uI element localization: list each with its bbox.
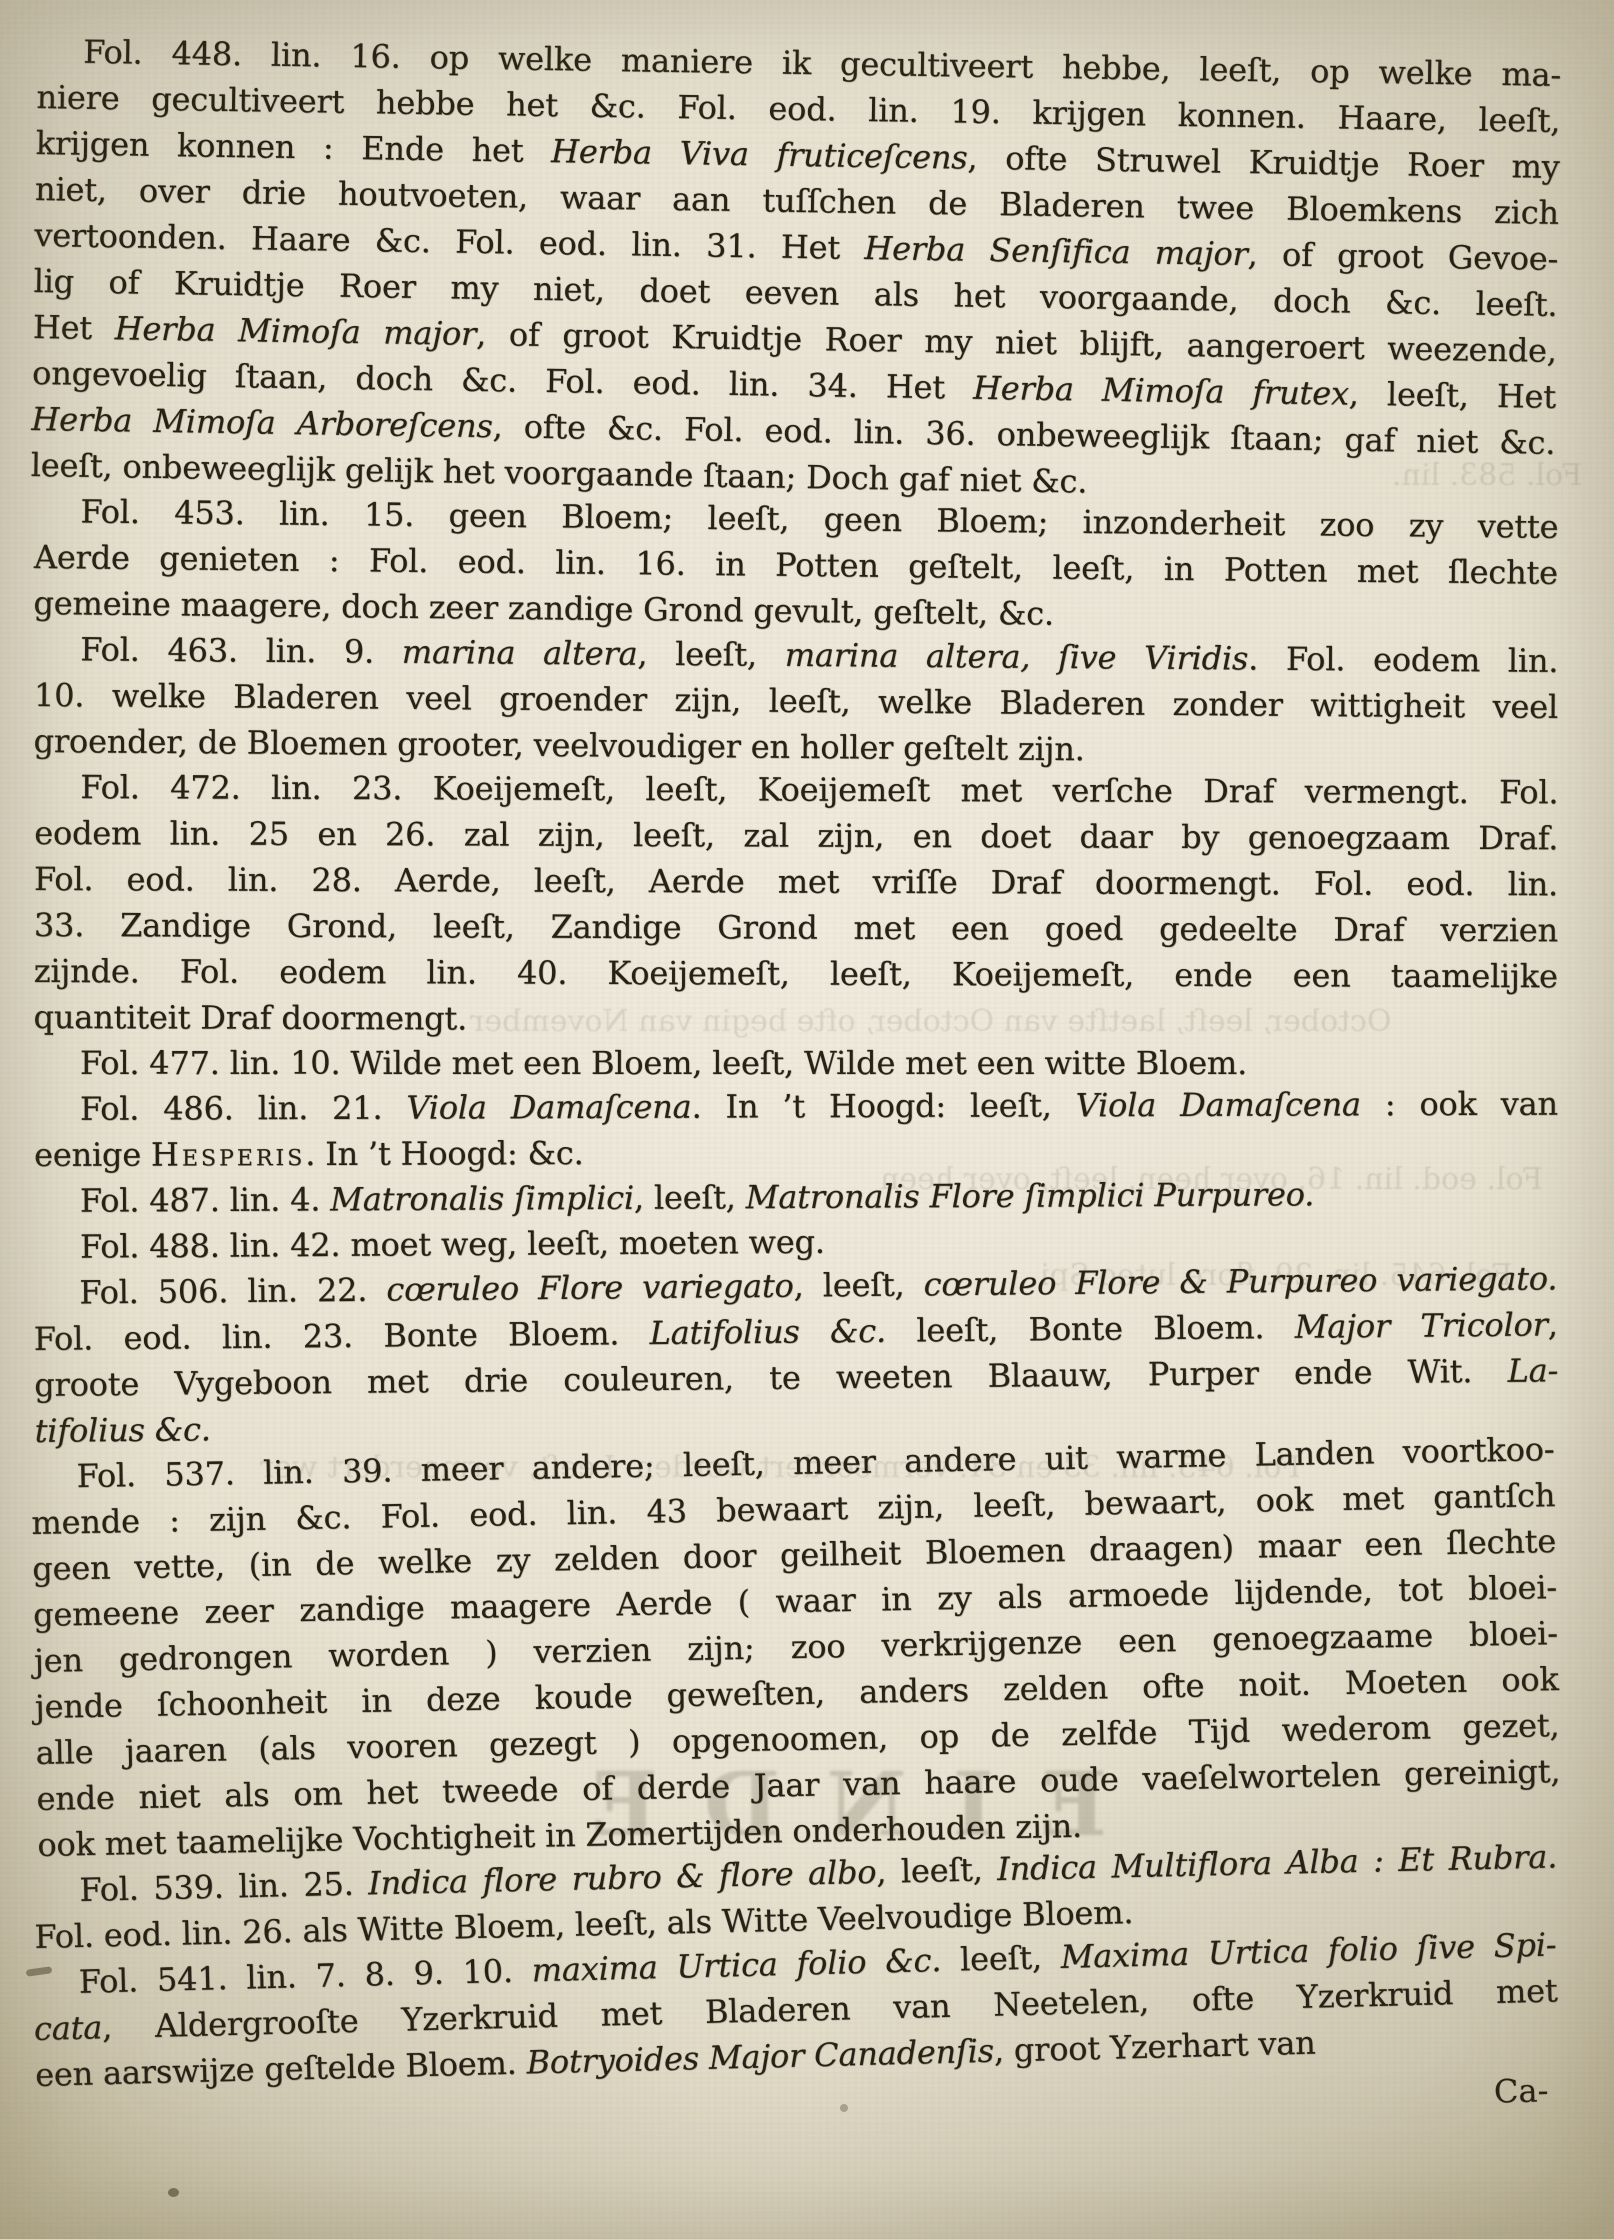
latin-name-text: Indica Multiflora Alba : Et Rubra. — [997, 1837, 1558, 1888]
body-text: Fol. 541. lin. 7. 8. 9. 10. — [78, 1951, 532, 2000]
latin-name-text: Matronalis Flore ſimplici Purpureo. — [746, 1175, 1315, 1216]
body-text: , leeſt, Het — [1349, 375, 1557, 416]
catchword: Ca- — [1493, 2071, 1548, 2110]
text-line: Fol. eod. lin. 28. Aerde, leeſt, Aerde m… — [34, 856, 1558, 907]
body-text: Hesperis — [151, 1135, 305, 1174]
body-text: Fol. 486. lin. 21. — [80, 1089, 407, 1128]
latin-name-text: marina altera, ſive Viridis — [785, 636, 1249, 678]
latin-name-text: Viola Damaſcena — [1076, 1085, 1361, 1124]
latin-name-text: Herba Viva fruticeſcens — [551, 132, 968, 177]
body-text: . In ’t Hoogd: &c. — [305, 1134, 583, 1173]
latin-name-text: cata — [34, 2008, 103, 2048]
body-text: Fol. eod. lin. 28. Aerde, leeſt, Aerde m… — [34, 860, 1558, 903]
latin-name-text: tifolius &c. — [34, 1410, 210, 1450]
body-text: Fol. eod. lin. 23. Bonte Bloem. — [34, 1314, 650, 1358]
body-text: 10. welke Bladeren veel groender zijn, l… — [34, 676, 1558, 726]
body-text: Het — [33, 308, 115, 347]
body-text: zijnde. Fol. eodem lin. 40. Koeijemeſt, … — [34, 952, 1558, 995]
paragraph-fol-477: Fol. 477. lin. 10. Wilde met een Bloem, … — [34, 1040, 1558, 1086]
body-text: , — [1548, 1305, 1558, 1343]
latin-name-text: cœruleo Flore variegato — [386, 1267, 794, 1309]
body-text: , leeſt, — [634, 1178, 746, 1217]
latin-name-text: Major Tricolor — [1295, 1305, 1548, 1345]
latin-name-text: Viola Damaſcena — [406, 1088, 691, 1127]
paragraph-fol-463: Fol. 463. lin. 9. marina altera, leeſt, … — [33, 626, 1558, 776]
ink-speck — [168, 2188, 179, 2197]
paragraph-fol-537: Fol. 537. lin. 39. meer andere; leeſt, m… — [30, 1426, 1561, 1868]
latin-name-text: cœruleo Flore & Purpureo variegato. — [923, 1259, 1557, 1303]
latin-name-text: maxima Urtica folio &c. — [531, 1941, 941, 1989]
body-text: Fol. 463. lin. 9. — [80, 630, 402, 671]
text-line: zijnde. Fol. eodem lin. 40. Koeijemeſt, … — [34, 948, 1558, 999]
latin-name-text: La- — [1507, 1351, 1558, 1389]
text-block: Fol. 448. lin. 16. op welke maniere ik g… — [34, 28, 1558, 2098]
latin-name-text: Matronalis ſimplici — [330, 1179, 634, 1219]
body-text: . Fol. eodem lin. — [1248, 640, 1558, 680]
body-text: eenige — [34, 1136, 151, 1174]
latin-name-text: Herba Mimoſa major — [114, 309, 476, 353]
body-text: , groot Yzerhart van — [993, 2024, 1316, 2070]
ink-speck — [840, 2104, 848, 2112]
text-line: Fol. 477. lin. 10. Wilde met een Bloem, … — [34, 1040, 1558, 1086]
latin-name-text: Latifolius &c. — [649, 1312, 886, 1352]
body-text: eodem lin. 25 en 26. zal zijn, leeſt, za… — [34, 814, 1558, 857]
paragraph-fol-472: Fol. 472. lin. 23. Koeijemeſt, leeſt, Ko… — [34, 764, 1559, 1045]
text-line: quantiteit Draf doormengt. — [34, 994, 1558, 1045]
body-text: Fol. 477. lin. 10. Wilde met een Bloem, … — [80, 1044, 1247, 1082]
latin-name-text: Herba Senſifica major — [864, 229, 1248, 273]
text-line: 33. Zandige Grond, leeſt, Zandige Grond … — [34, 902, 1558, 953]
paragraph-fol-453: Fol. 453. lin. 15. geen Bloem; leeſt, ge… — [33, 488, 1558, 642]
body-text: , ofte Struwel Kruidtje Roer my — [967, 139, 1560, 186]
book-page: October, leeſt, laetſte van October, oft… — [0, 0, 1614, 2239]
body-text: 33. Zandige Grond, leeſt, Zandige Grond … — [34, 906, 1558, 949]
body-text: een aarswijze geſtelde Bloem. — [35, 2044, 527, 2094]
body-text: krijgen konnen : Ende het — [36, 124, 552, 170]
latin-name-text: Herba Mimoſa frutex — [973, 369, 1349, 413]
latin-name-text: Indica flore rubro & flore albo — [368, 1853, 877, 1903]
latin-name-text: Herba Mimoſa Arboreſcens — [31, 400, 493, 445]
body-text: Fol. 488. lin. 42. moet weg, leeſt, moet… — [80, 1223, 825, 1266]
text-line: Fol. 486. lin. 21. Viola Damaſcena. In ’… — [34, 1081, 1558, 1132]
body-text: leeſt, — [941, 1938, 1061, 1979]
body-text: , leeſt, — [876, 1850, 998, 1891]
paragraph-fol-448: Fol. 448. lin. 16. op welke maniere ik g… — [30, 28, 1561, 512]
body-text: . In ’t Hoogd: leeſt, — [691, 1086, 1075, 1125]
body-text: gemeine maagere, doch zeer zandige Grond… — [33, 584, 1054, 633]
body-text: quantiteit Draf doormengt. — [34, 998, 468, 1038]
body-text: , leeſt, — [637, 635, 785, 674]
body-text: Fol. 487. lin. 4. — [80, 1180, 330, 1219]
body-text: , leeſt, — [793, 1265, 923, 1304]
body-text: leeſt, Bonte Bloem. — [886, 1308, 1295, 1350]
latin-name-text: marina altera — [402, 633, 638, 673]
body-text: groender, de Bloemen grooter, veelvoudig… — [33, 722, 1084, 768]
text-line: Fol. 472. lin. 23. Koeijemeſt, leeſt, Ko… — [34, 764, 1558, 815]
body-text: Fol. 539. lin. 25. — [79, 1864, 369, 1909]
text-line: eodem lin. 25 en 26. zal zijn, leeſt, za… — [34, 810, 1558, 861]
body-text: , of groot Gevoe- — [1247, 235, 1558, 278]
body-text: : ook van — [1361, 1085, 1558, 1124]
paragraph-fol-506: Fol. 506. lin. 22. cœruleo Flore variega… — [33, 1255, 1559, 1454]
body-text: Fol. 506. lin. 22. — [79, 1271, 386, 1312]
paragraph-fol-486: Fol. 486. lin. 21. Viola Damaſcena. In ’… — [34, 1081, 1558, 1178]
latin-name-text: Botryoides Major Canadenſis — [526, 2032, 994, 2082]
body-text: Fol. 472. lin. 23. Koeijemeſt, leeſt, Ko… — [80, 768, 1558, 811]
